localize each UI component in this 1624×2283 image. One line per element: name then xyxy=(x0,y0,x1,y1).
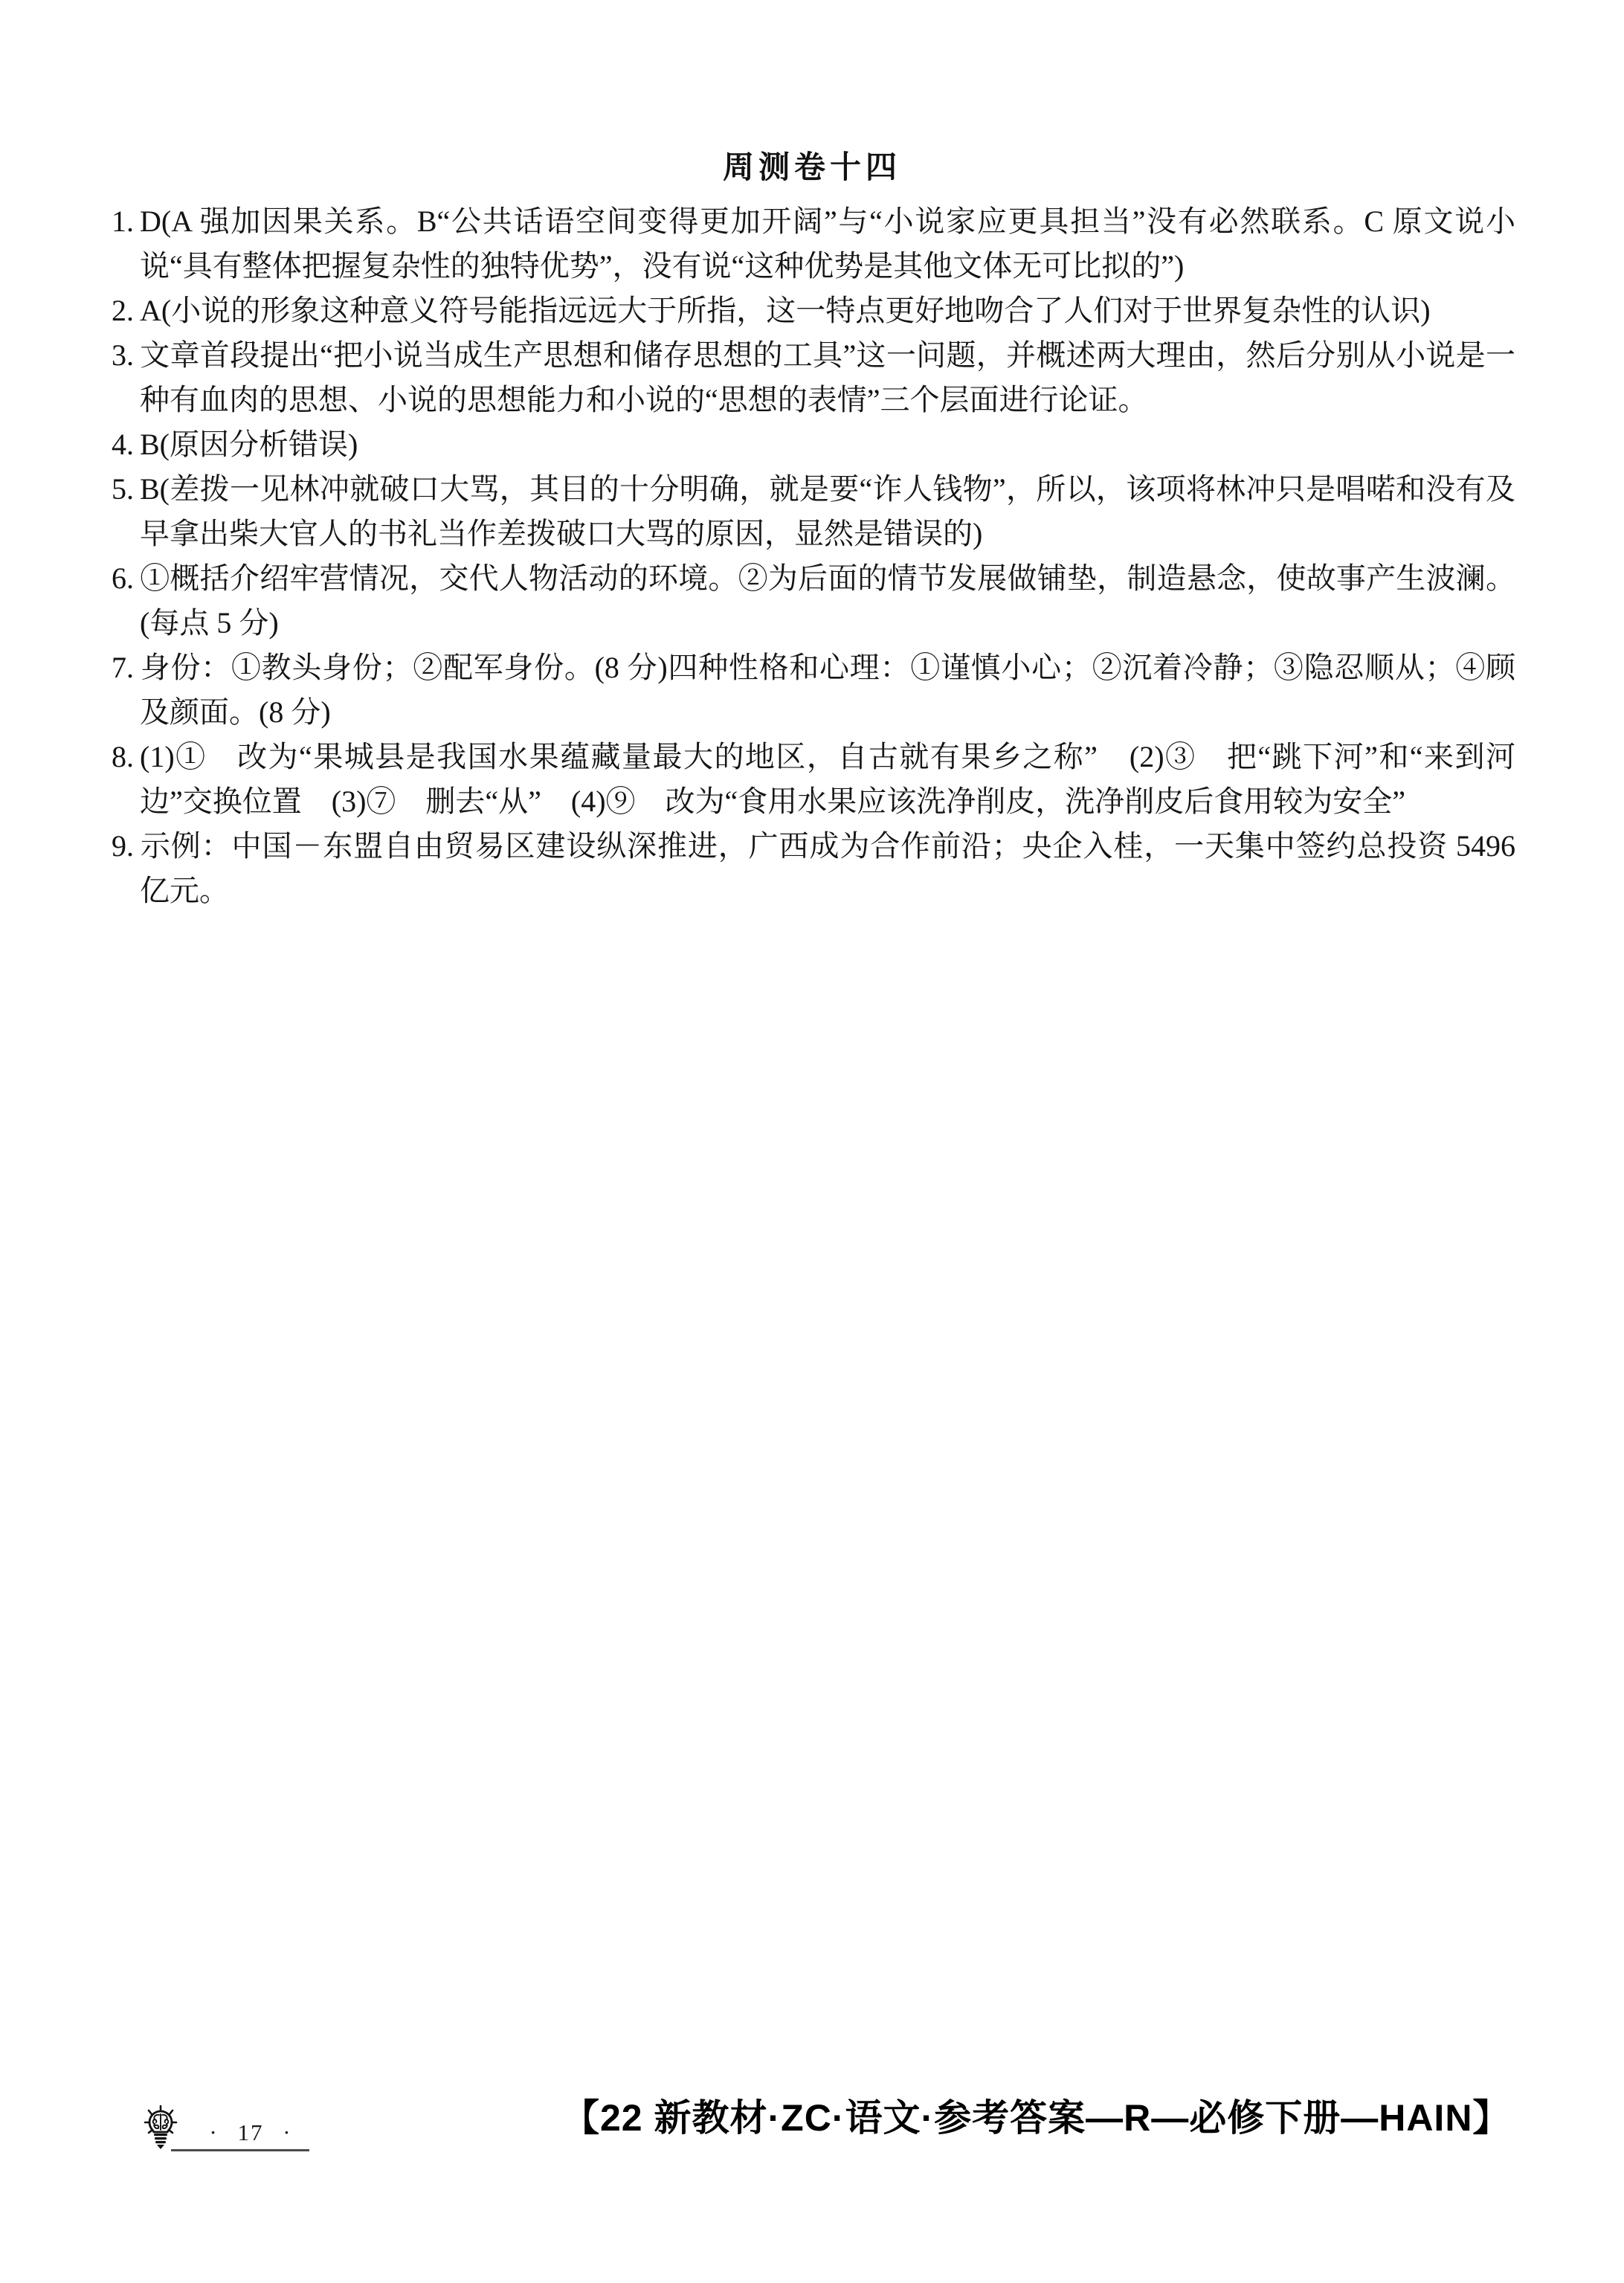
item-text: 身份：①教头身份；②配军身份。(8 分)四种性格和心理：①谨慎小心；②沉着冷静；… xyxy=(140,651,1515,729)
page-title: 周测卷十四 xyxy=(0,143,1624,187)
item-text: ①概括介绍牢营情况，交代人物活动的环境。②为后面的情节发展做铺垫，制造悬念，使故… xyxy=(140,561,1515,640)
answer-item-9: 9.示例：中国－东盟自由贸易区建设纵深推进，广西成为合作前沿；央企入桂，一天集中… xyxy=(112,824,1515,913)
item-number: 1. xyxy=(112,199,140,244)
lightbulb-brain-icon xyxy=(143,2105,178,2151)
answer-item-3: 3.文章首段提出“把小说当成生产思想和储存思想的工具”这一问题，并概述两大理由，… xyxy=(112,333,1515,422)
answer-item-6: 6.①概括介绍牢营情况，交代人物活动的环境。②为后面的情节发展做铺垫，制造悬念，… xyxy=(112,556,1515,645)
item-number: 2. xyxy=(112,289,140,333)
answer-item-7: 7.身份：①教头身份；②配军身份。(8 分)四种性格和心理：①谨慎小心；②沉着冷… xyxy=(112,645,1515,735)
page-footer: · 17 · 【22 新教材·ZC·语文·参考答案—R—必修下册—HAIN】 xyxy=(0,2082,1624,2171)
item-number: 3. xyxy=(112,333,140,378)
answer-list: 1.D(A 强加因果关系。B“公共话语空间变得更加开阔”与“小说家应更具担当”没… xyxy=(112,199,1515,913)
answer-item-2: 2.A(小说的形象这种意义符号能指远远大于所指，这一特点更好地吻合了人们对于世界… xyxy=(112,289,1515,333)
item-text: D(A 强加因果关系。B“公共话语空间变得更加开阔”与“小说家应更具担当”没有必… xyxy=(140,205,1515,283)
page-number: · 17 · xyxy=(195,2119,306,2146)
item-number: 6. xyxy=(112,556,140,601)
answer-item-1: 1.D(A 强加因果关系。B“公共话语空间变得更加开阔”与“小说家应更具担当”没… xyxy=(112,199,1515,289)
item-number: 4. xyxy=(112,422,140,467)
item-text: 文章首段提出“把小说当成生产思想和储存思想的工具”这一问题，并概述两大理由，然后… xyxy=(140,338,1515,416)
item-number: 7. xyxy=(112,645,140,690)
item-number: 5. xyxy=(112,467,140,512)
edition-imprint: 【22 新教材·ZC·语文·参考答案—R—必修下册—HAIN】 xyxy=(562,2088,1559,2142)
answer-sheet-page: 周测卷十四 1.D(A 强加因果关系。B“公共话语空间变得更加开阔”与“小说家应… xyxy=(0,0,1624,2283)
answer-item-5: 5.B(差拨一见林冲就破口大骂，其目的十分明确，就是要“诈人钱物”，所以，该项将… xyxy=(112,467,1515,556)
item-number: 8. xyxy=(112,735,140,779)
answer-item-8: 8.(1)① 改为“果城县是我国水果蕴藏量最大的地区，自古就有果乡之称” (2)… xyxy=(112,735,1515,824)
item-number: 9. xyxy=(112,824,140,869)
footer-rule xyxy=(171,2149,309,2151)
item-text: A(小说的形象这种意义符号能指远远大于所指，这一特点更好地吻合了人们对于世界复杂… xyxy=(140,294,1431,327)
item-text: 示例：中国－东盟自由贸易区建设纵深推进，广西成为合作前沿；央企入桂，一天集中签约… xyxy=(140,829,1515,907)
answer-item-4: 4.B(原因分析错误) xyxy=(112,422,1515,467)
item-text: B(差拨一见林冲就破口大骂，其目的十分明确，就是要“诈人钱物”，所以，该项将林冲… xyxy=(140,472,1515,550)
item-text: B(原因分析错误) xyxy=(140,428,358,461)
item-text: (1)① 改为“果城县是我国水果蕴藏量最大的地区，自古就有果乡之称” (2)③ … xyxy=(140,740,1515,818)
